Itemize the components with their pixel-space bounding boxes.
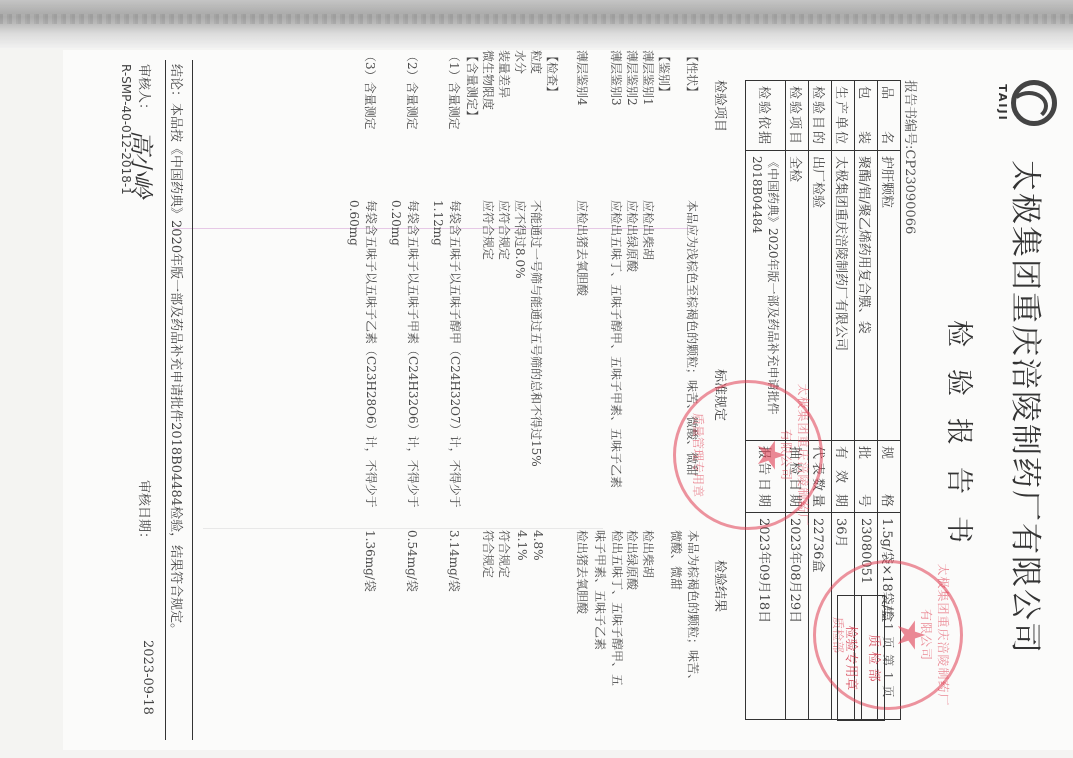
row-item: 微生物限度 (480, 50, 497, 110)
row-item: 【性状】 (684, 50, 701, 98)
row-item: （2）含量测定 (404, 50, 421, 130)
row-item: 装量差异 (496, 50, 513, 98)
product-name: 护肝颗粒 (878, 151, 901, 441)
company-logo: TAIJI (997, 68, 1057, 138)
row-standard: 每袋含五味子以五味子乙素（C23H28O6）计，不得少于0.60mg (345, 200, 379, 530)
batch-label: 批 号 (855, 441, 878, 513)
row-standard: 不能通过一号筛与能通过五号筛的总和不得过15% (528, 200, 545, 467)
row-item: 水分 (512, 50, 529, 74)
row-standard: 应符合规定 (496, 200, 513, 260)
review-date-label: 审核日期： (136, 480, 155, 545)
row-result: 1.36mg/袋 (362, 530, 379, 592)
row-standard: 应检出柴胡 (640, 200, 657, 260)
conclusion: 结论：本品按《中国药典》2020年版一部及药品补充申请批件2018B04484检… (165, 60, 193, 740)
row-item: 【检查】 (544, 50, 561, 98)
report-number: 报告书编号:CP23090066 (902, 80, 921, 234)
row-result: 检出猪去氧胆酸 (574, 530, 591, 614)
row-item: 薄层鉴别1 (640, 50, 657, 106)
row-standard: 应检出猪去氧胆酸 (574, 200, 591, 296)
product-name-label: 品 名 (878, 81, 901, 151)
stamp-ring-text: 太极集团重庆涪陵制药厂有限公司 (778, 383, 812, 527)
qc-box-line1: 质 检 部 (862, 596, 884, 720)
manufacturer: 太极集团重庆涪陵制药厂有限公司 (832, 151, 855, 441)
row-result: 4.1% (515, 530, 529, 561)
row-item: 薄层鉴别4 (574, 50, 591, 106)
row-result: 检出柴胡 (640, 530, 657, 578)
quality-seal-stamp: 太极集团重庆涪陵制药厂有限公司 ★ 质量管理专用章 (673, 380, 823, 530)
qc-box-line2: 检验专用章 (839, 596, 862, 720)
document-title: 检验报告书 (942, 320, 981, 565)
manufacturer-label: 生产单位 (832, 81, 855, 151)
row-result: 检出五味丁、五味子醇甲、五味子甲素、五味子乙素 (591, 530, 625, 690)
validity-label: 有 效 期 (832, 441, 855, 513)
review-date: 2023-09-18 (140, 640, 155, 715)
packaging-label: 包 装 (855, 81, 878, 151)
scanner-shading (0, 0, 1073, 48)
packaging: 聚酯/铝/聚乙烯药用复合膜、袋 (855, 151, 878, 441)
row-item: 粒度 (528, 50, 545, 74)
row-result: 本品为棕褐色的颗粒；味苦、微酸、微甜 (667, 530, 701, 690)
inspection-report-page: TAIJI 太极集团重庆涪陵制药厂有限公司 检验报告书 报告书编号:CP2309… (63, 50, 1073, 750)
row-result: 0.54mg/袋 (404, 530, 421, 592)
row-item: 【鉴别】 (656, 50, 673, 98)
company-name: 太极集团重庆涪陵制药厂有限公司 (1006, 160, 1051, 655)
row-result: 3.14mg/袋 (446, 530, 463, 592)
purpose-label: 检验目的 (809, 81, 832, 151)
row-standard: 每袋含五味子以五味子甲素（C24H32O6）计，不得少于0.20mg (387, 200, 421, 530)
qc-inspection-box: 质 检 部 检验专用章 (837, 595, 885, 721)
row-standard: 应检出五味丁、五味子醇甲、五味子甲素、五味子乙素 (608, 200, 625, 488)
row-item: （1）含量测定 (446, 50, 463, 130)
qc-department-stamp: 太极集团重庆涪陵制药厂有限公司 ★ 质检部 (813, 560, 963, 710)
basis-label: 检验依据 (746, 81, 786, 151)
row-result: 符合规定 (480, 530, 497, 578)
spec-label: 规 格 (878, 441, 901, 513)
report-number-value: CP23090066 (902, 149, 917, 234)
logo-text: TAIJI (996, 68, 1009, 138)
stamp-bottom-text: 质量管理专用章 (690, 383, 707, 527)
stamp-ring-text: 太极集团重庆涪陵制药厂有限公司 (918, 563, 952, 707)
report-number-label: 报告书编号: (902, 80, 917, 149)
sampling-date: 2023年08月29日 (786, 513, 809, 720)
row-result: 检出绿原酸 (624, 530, 641, 590)
reviewer-label: 审核人： (136, 64, 155, 116)
row-standard: 应符合规定 (480, 200, 497, 260)
row-standard: 应不得过8.0% (512, 200, 529, 279)
row-result: 符合规定 (496, 530, 513, 578)
column-item: 检验项目 (712, 80, 731, 230)
items-label: 检验项目 (786, 81, 809, 151)
report-date: 2023年09月18日 (746, 513, 786, 720)
row-standard: 每袋含五味子以五味子醇甲（C24H32O7）计，不得少于1.12mg (429, 200, 463, 530)
form-code: R-SMP-40-012-2018-1 (119, 64, 133, 195)
column-result: 检验结果 (712, 560, 731, 720)
row-item: 薄层鉴别2 (624, 50, 641, 106)
row-item: 薄层鉴别3 (608, 50, 625, 106)
row-result: 4.8% (531, 530, 545, 561)
row-item: 【含量测定】 (464, 50, 481, 122)
taiji-logo-icon (1011, 80, 1057, 126)
row-standard: 应检出绿原酸 (624, 200, 641, 272)
row-item: （3）含量测定 (362, 50, 379, 130)
